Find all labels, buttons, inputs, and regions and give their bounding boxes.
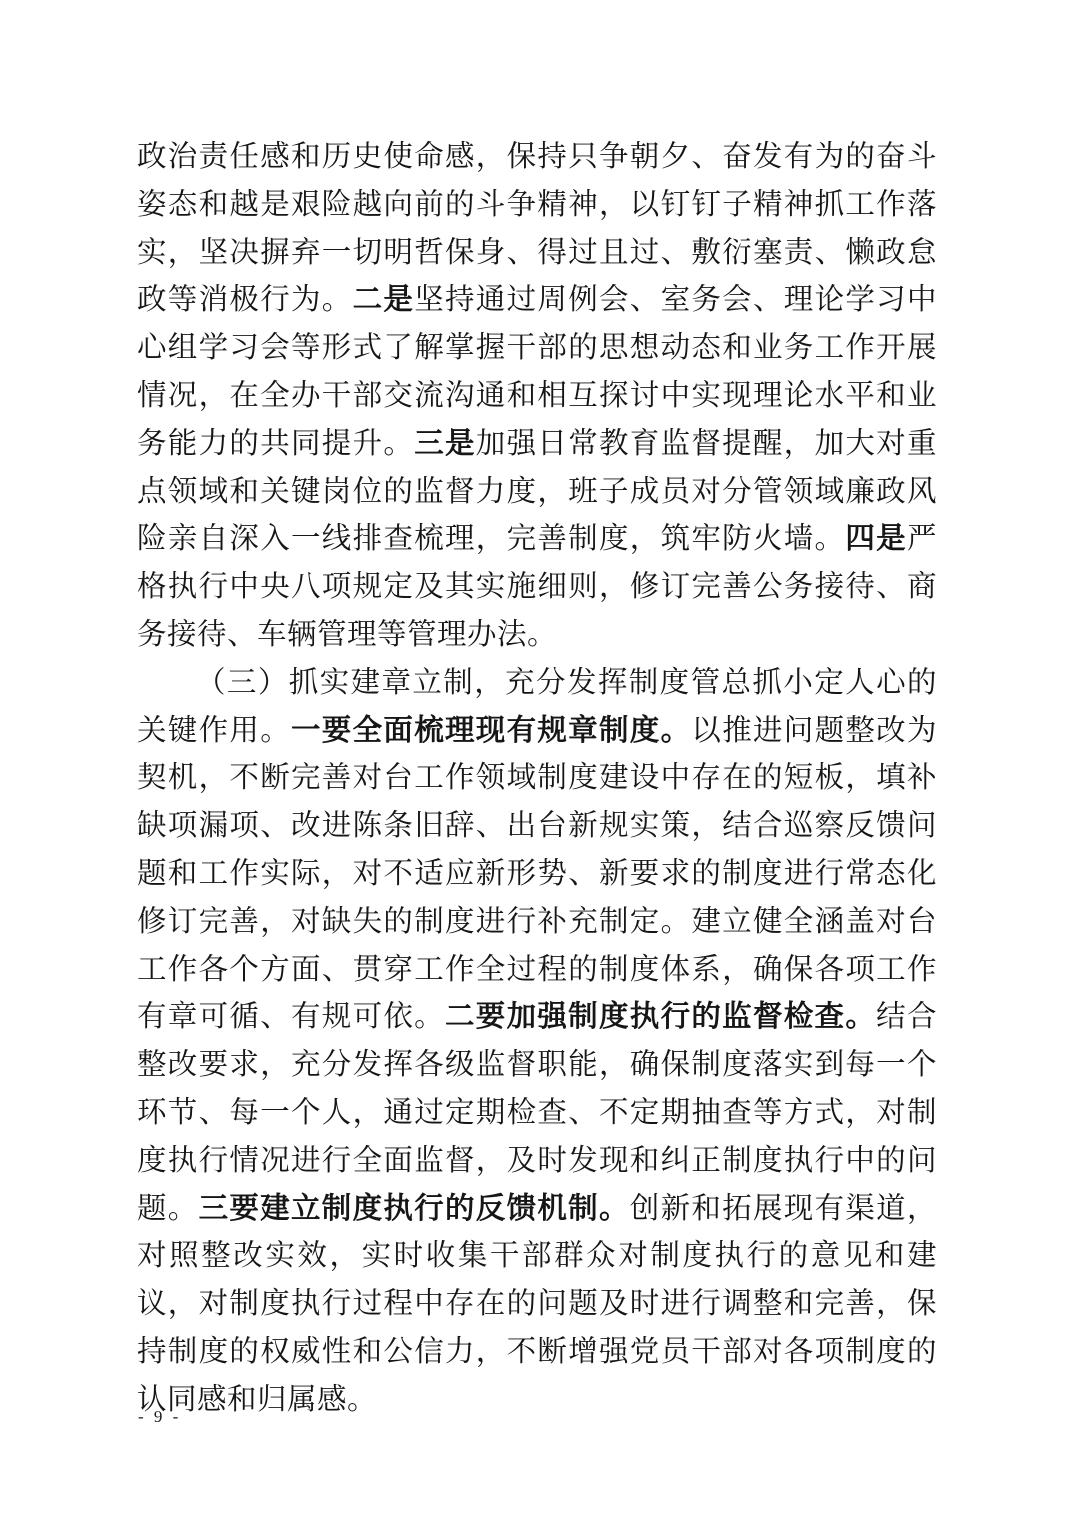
emphasis-text: 三要建立制度执行的反馈机制。 — [199, 1193, 630, 1225]
emphasis-text: 一要全面梳理现有规章制度。 — [291, 715, 691, 747]
emphasis-text: 四是 — [845, 523, 907, 555]
emphasis-text: 二是 — [353, 284, 415, 316]
paragraph: （三）抓实建章立制，充分发挥制度管总抓小定人心的关键作用。一要全面梳理现有规章制… — [137, 660, 937, 1425]
emphasis-text: 二要加强制度执行的监督检查。 — [445, 1001, 876, 1033]
page-number: - 9 - — [138, 1406, 181, 1428]
body-text-segment: 创新和拓展现有渠道，对照整改实效，实时收集干部群众对制度执行的意见和建议，对制度… — [137, 1193, 937, 1416]
emphasis-text: 三是 — [414, 428, 476, 460]
document-body: 政治责任感和历史使命感，保持只争朝夕、奋发有为的奋斗姿态和越是艰险越向前的斗争精… — [137, 134, 937, 1425]
paragraph: 政治责任感和历史使命感，保持只争朝夕、奋发有为的奋斗姿态和越是艰险越向前的斗争精… — [137, 134, 937, 660]
body-text-segment: 结合整改要求，充分发挥各级监督职能，确保制度落实到每一个环节、每一个人，通过定期… — [137, 1001, 937, 1224]
document-page: 政治责任感和历史使命感，保持只争朝夕、奋发有为的奋斗姿态和越是艰险越向前的斗争精… — [0, 0, 1074, 1520]
body-text-segment: 以推进问题整改为契机，不断完善对台工作领域制度建设中存在的短板，填补缺项漏项、改… — [137, 715, 937, 1034]
